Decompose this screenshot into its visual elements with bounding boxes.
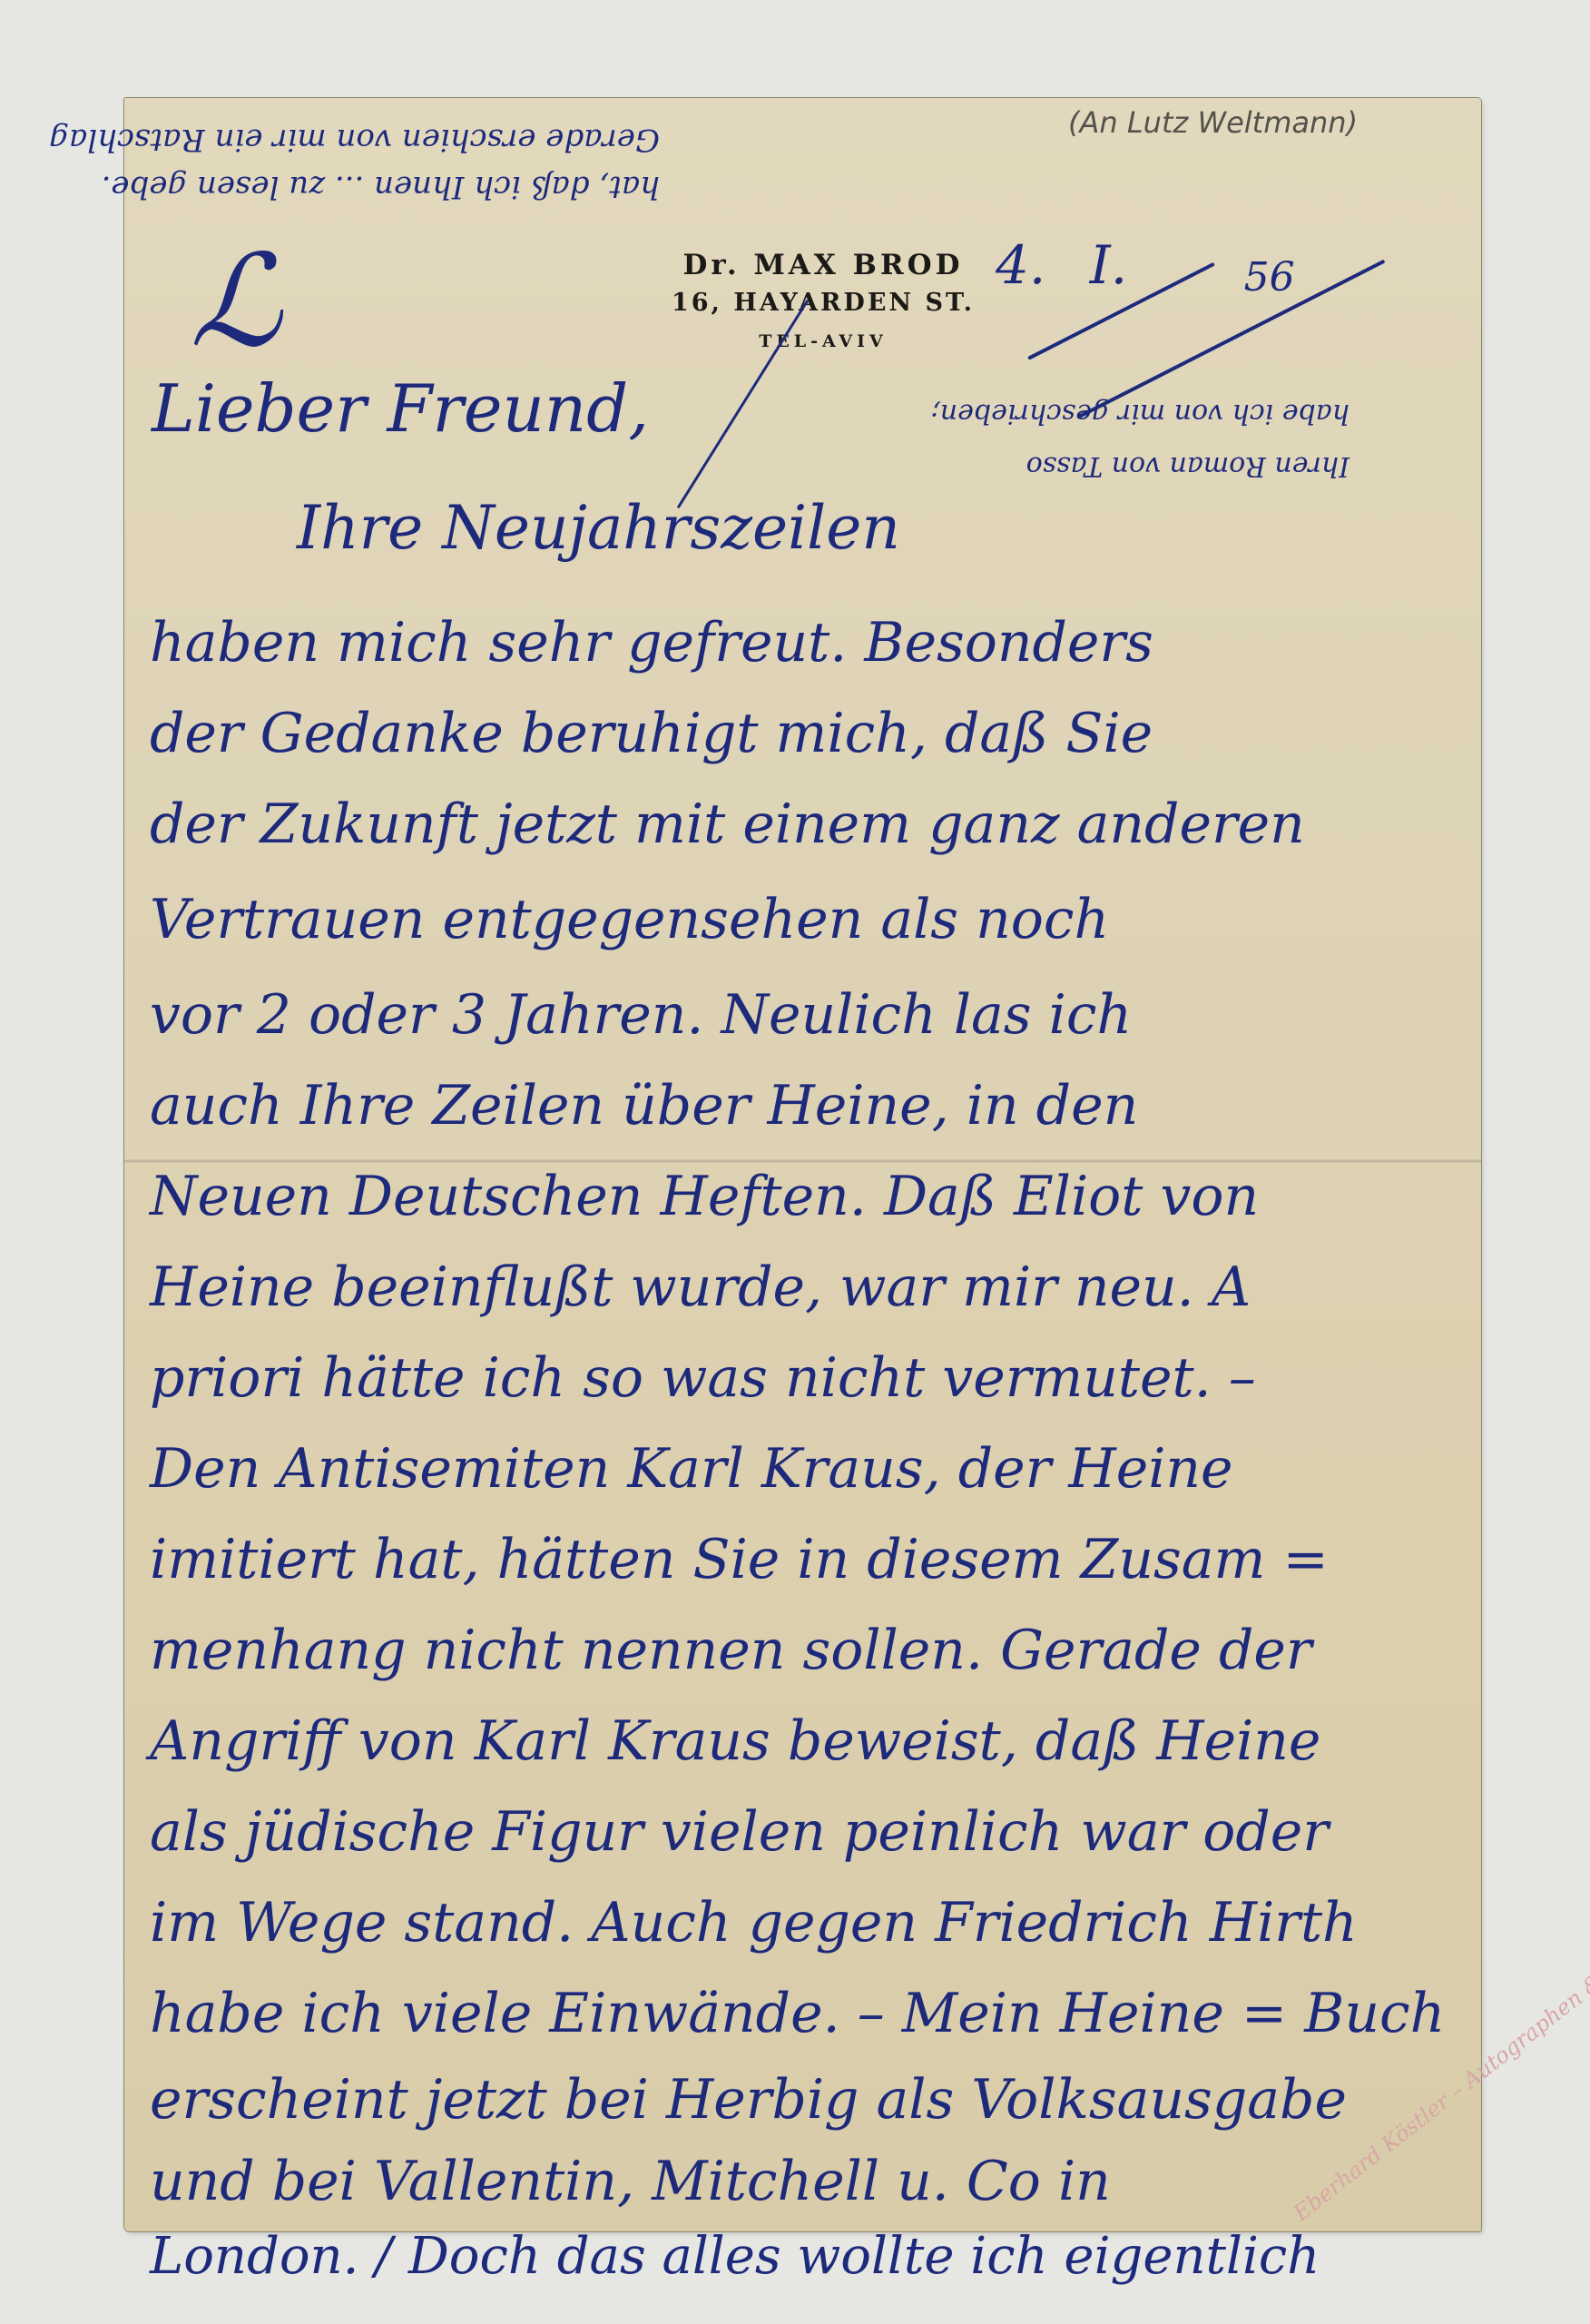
letter-line-5: Vertrauen entgegensehen als noch — [150, 888, 1109, 951]
letter-line-7: auch Ihre Zeilen über Heine, in den — [150, 1074, 1138, 1137]
upside-down-margin-note-right: Ihren Roman von Tasso habe ich von mir g… — [769, 387, 1350, 492]
letter-line-1: Ihre Neujahrszeilen — [297, 493, 900, 563]
letter-line-3: der Gedanke beruhigt mich, daß Sie — [150, 702, 1153, 765]
letter-line-10: priori hätte ich so was nicht vermutet. … — [150, 1346, 1256, 1410]
date-year: 56 — [1244, 254, 1295, 300]
ornamental-initial-flourish: ℒ — [190, 239, 281, 366]
margin-note-line: hat, daß ich Ihnen ... zu lesen gebe. — [152, 163, 660, 211]
handwritten-date: 4. I. 56 — [996, 234, 1295, 300]
letter-line-4: der Zukunft jetzt mit einem ganz anderen — [150, 793, 1305, 856]
letterhead: Dr. MAX BROD 16, HAYARDEN ST. TEL-AVIV — [578, 245, 1068, 361]
letter-line-12: imitiert hat, hätten Sie in diesem Zusam… — [150, 1528, 1329, 1591]
letter-line-20: London. / Doch das alles wollte ich eige… — [150, 2227, 1320, 2286]
margin-note-line: Gerade erschien von mir ein Ratschlag — [152, 116, 660, 163]
letter-line-14: Angriff von Karl Kraus beweist, daß Hein… — [150, 1709, 1320, 1773]
pencil-recipient-note: (An Lutz Weltmann) — [1068, 105, 1358, 140]
margin-note-line: habe ich von mir geschrieben; — [769, 387, 1350, 439]
letter-line-15: als jüdische Figur vielen peinlich war o… — [150, 1800, 1329, 1864]
letter-line-16: im Wege stand. Auch gegen Friedrich Hirt… — [150, 1891, 1358, 1955]
paper-fold-crease — [124, 1158, 1481, 1164]
letter-sheet: (An Lutz Weltmann) hat, daß ich Ihnen ..… — [124, 98, 1481, 2231]
letter-line-19: und bei Vallentin, Mitchell u. Co in — [150, 2150, 1111, 2213]
letter-line-6: vor 2 oder 3 Jahren. Neulich las ich — [150, 983, 1132, 1047]
date-month: I. — [1090, 234, 1127, 296]
letterhead-city: TEL-AVIV — [578, 321, 1068, 361]
upside-down-margin-note-top: hat, daß ich Ihnen ... zu lesen gebe. Ge… — [152, 116, 660, 211]
date-day: 4. — [996, 234, 1045, 296]
letter-line-11: Den Antisemiten Karl Kraus, der Heine — [150, 1437, 1233, 1501]
letter-line-9: Heine beeinflußt wurde, war mir neu. A — [150, 1256, 1251, 1319]
letter-line-8: Neuen Deutschen Heften. Daß Eliot von — [150, 1165, 1259, 1228]
margin-note-line: Ihren Roman von Tasso — [769, 439, 1350, 492]
letter-line-17: habe ich viele Einwände. – Mein Heine = … — [150, 1982, 1445, 2045]
letterhead-name: Dr. MAX BROD — [578, 245, 1068, 285]
letterhead-street: 16, HAYARDEN ST. — [578, 285, 1068, 321]
letter-line-18: erscheint jetzt bei Herbig als Volksausg… — [150, 2068, 1347, 2132]
letter-greeting: Lieber Freund, — [152, 370, 649, 447]
letter-line-2: haben mich sehr gefreut. Besonders — [150, 611, 1153, 675]
letter-line-13: menhang nicht nennen sollen. Gerade der — [150, 1619, 1312, 1682]
